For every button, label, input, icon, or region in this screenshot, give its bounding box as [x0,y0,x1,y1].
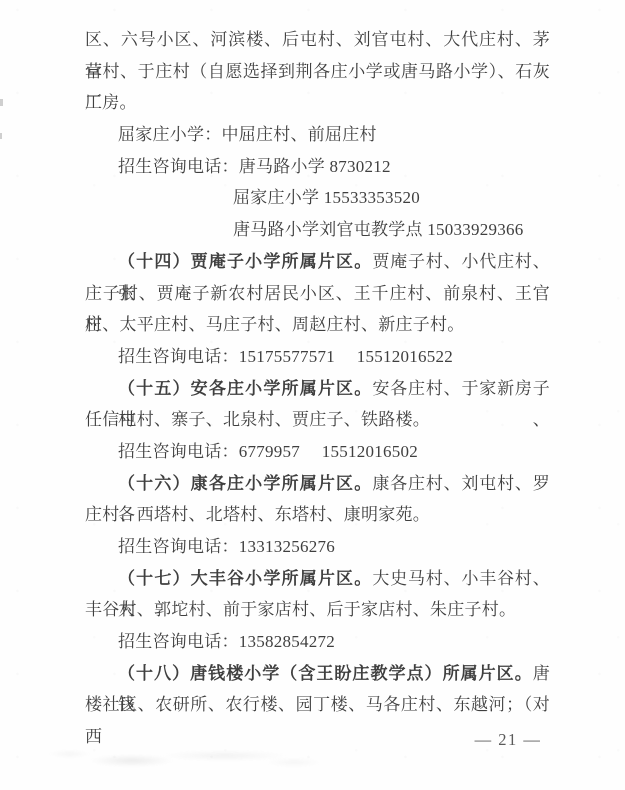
text-line: 区、六号小区、河滨楼、后屯村、刘官屯村、大代庄村、茅草 [85,24,550,56]
text-line: 庄子村、贾庵子新农村居民小区、王千庄村、前泉村、王官庄 [85,278,550,310]
text-segment: 任信屯村、寨子、北泉村、贾庄子、铁路楼。 [85,410,430,429]
text-line: 营村、于庄村（自愿选择到荆各庄小学或唐马路小学）、石灰厂 [85,56,550,88]
text-line: 丰谷村、郭坨村、前于家店村、后于家店村、朱庄子村。 [85,594,550,626]
text-line: 工房。 [85,87,550,119]
text-line: 招生咨询电话：唐马路小学 8730212 [85,151,550,183]
text-segment: 丰谷村、郭坨村、前于家店村、后于家店村、朱庄子村。 [85,600,516,619]
section-heading: （十四）贾庵子小学所属片区。 [118,252,372,271]
document-page: 区、六号小区、河滨楼、后屯村、刘官屯村、大代庄村、茅草营村、于庄村（自愿选择到荆… [0,0,625,790]
text-line: 招生咨询电话：6779957 15512016502 [85,436,550,468]
text-line: 村、太平庄村、马庄子村、周赵庄村、新庄子村。 [85,309,550,341]
text-segment: 招生咨询电话：唐马路小学 8730212 [118,157,391,176]
text-segment: 招生咨询电话：13582854272 [118,632,335,651]
scan-edge-mark [0,133,2,139]
text-line: （十五）安各庄小学所属片区。安各庄村、于家新房子村、 [85,373,550,405]
text-line: 招生咨询电话：13313256276 [85,531,550,563]
text-segment: 招生咨询电话：15175577571 15512016522 [118,347,453,366]
text-line: 庄村、西塔村、北塔村、东塔村、康明家苑。 [85,499,550,531]
text-line: （十六）康各庄小学所属片区。康各庄村、刘屯村、罗各 [85,468,550,500]
text-line: 唐马路小学刘官屯教学点 15033929366 [85,214,550,246]
text-line: 招生咨询电话：13582854272 [85,626,550,658]
text-line: 屈家庄小学 15533353520 [85,182,550,214]
text-line: （十八）唐钱楼小学（含王盼庄教学点）所属片区。唐钱 [85,658,550,690]
text-line: 屈家庄小学：中屈庄村、前屈庄村 [85,119,550,151]
text-line: （十四）贾庵子小学所属片区。贾庵子村、小代庄村、张 [85,246,550,278]
text-segment: 屈家庄小学：中屈庄村、前屈庄村 [118,125,377,144]
section-heading: （十六）康各庄小学所属片区。 [118,474,372,493]
section-heading: （十七）大丰谷小学所属片区。 [118,569,372,588]
text-segment: 招生咨询电话：13313256276 [118,537,335,556]
text-segment: 庄村、西塔村、北塔村、东塔村、康明家苑。 [85,505,430,524]
text-segment: 村、太平庄村、马庄子村、周赵庄村、新庄子村。 [85,315,465,334]
text-line: （十七）大丰谷小学所属片区。大史马村、小丰谷村、大 [85,563,550,595]
text-segment: 招生咨询电话：6779957 15512016502 [118,442,418,461]
section-heading: （十五）安各庄小学所属片区。 [118,379,372,398]
text-line: 楼社区、农研所、农行楼、园丁楼、马各庄村、东越河；（对西 [85,689,550,721]
text-segment: 工房。 [85,93,137,112]
section-heading: （十八）唐钱楼小学（含王盼庄教学点）所属片区。 [118,664,533,683]
document-lines: 区、六号小区、河滨楼、后屯村、刘官屯村、大代庄村、茅草营村、于庄村（自愿选择到荆… [85,24,550,721]
page-number: — 21 — [458,728,558,752]
text-segment: 屈家庄小学 15533353520 [233,188,420,207]
scan-edge-mark [0,99,3,106]
text-line: 招生咨询电话：15175577571 15512016522 [85,341,550,373]
text-segment: 唐马路小学刘官屯教学点 15033929366 [233,220,524,239]
